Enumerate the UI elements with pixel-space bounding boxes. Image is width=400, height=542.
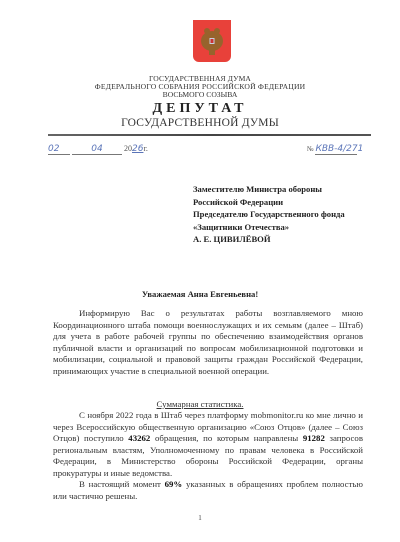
header-divider [48,134,371,136]
date-month: 04 [91,144,102,154]
number-label: № [307,145,314,153]
intro-paragraph: Информирую Вас о результатах работы возг… [53,308,363,378]
salutation: Уважаемая Анна Евгеньевна! [0,289,400,299]
recipient-name: А. Е. ЦИВИЛЁВОЙ [193,233,345,246]
date-year-mark: г. [143,144,147,153]
statistics-paragraph: С ноября 2022 года в Штаб через платформ… [53,410,363,480]
number-value: КВВ-4/271 [315,144,363,154]
date-day: 02 [48,144,59,154]
date-year-prefix: 20 [124,144,132,153]
letter-page: ГОСУДАРСТВЕННАЯ ДУМА ФЕДЕРАЛЬНОГО СОБРАН… [0,0,400,542]
resolved-percent: 69% [165,479,183,489]
requests-count: 91282 [303,433,325,443]
appeals-count: 43262 [128,433,150,443]
document-number: № КВВ-4/271 [307,144,357,155]
recipient-line: Председателю Государственного фонда [193,208,345,221]
date-year-suffix: 26 [132,144,143,154]
letterhead-title: ДЕПУТАТ [0,101,400,117]
text-run: обращения, по которым направлены [150,433,303,443]
coat-of-arms-icon [193,20,231,62]
page-number: 1 [0,514,400,522]
resolution-paragraph: В настоящий момент 69% указанных в обращ… [53,479,363,502]
recipient-line: «Защитники Отечества» [193,221,345,234]
recipient-line: Российской Федерации [193,196,345,209]
document-date: 02 04 2026г. [48,144,148,155]
text-run: В настоящий момент [79,479,165,489]
recipient-line: Заместителю Министра обороны [193,183,345,196]
recipient-block: Заместителю Министра обороны Российской … [193,183,345,246]
letterhead-line-3: ВОСЬМОГО СОЗЫВА [0,90,400,99]
summary-heading: Суммарная статистика. [0,399,400,409]
letterhead-subtitle: ГОСУДАРСТВЕННОЙ ДУМЫ [0,117,400,129]
